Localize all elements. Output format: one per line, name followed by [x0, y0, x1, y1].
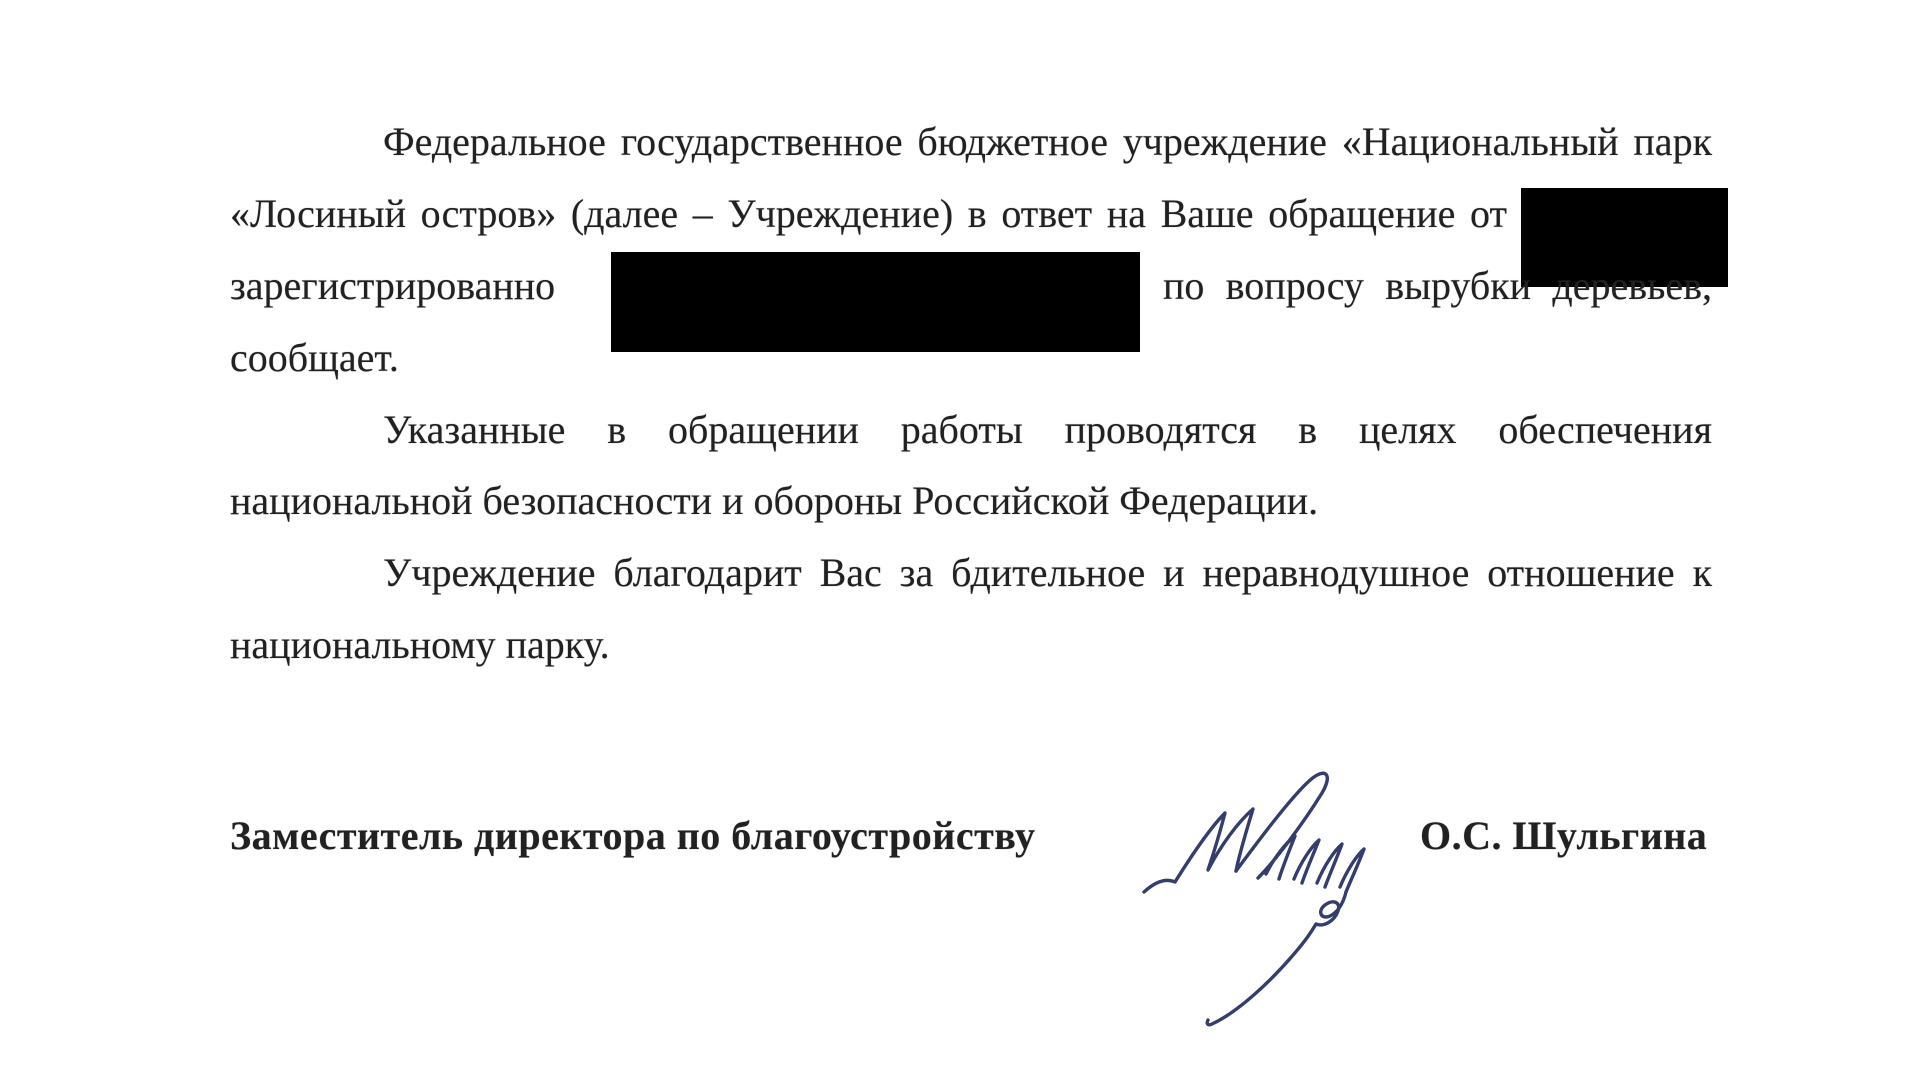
signer-name: О.С. Шульгина — [1420, 812, 1707, 860]
body-line-6: национальной безопасности и обороны Росс… — [230, 477, 1318, 525]
body-line-4: сообщает. — [230, 334, 399, 382]
redaction-box-registration — [611, 252, 1140, 352]
body-line-3-before-redaction: зарегистрированно — [230, 262, 555, 310]
body-line-5: Указанные в обращении работы проводятся … — [383, 406, 1712, 454]
signer-position-title: Заместитель директора по благоустройству — [230, 812, 1035, 860]
body-line-3-after-redaction: по вопросу вырубки деревьев, — [1163, 262, 1712, 310]
body-line-1: Федеральное государственное бюджетное уч… — [383, 118, 1712, 166]
scanned-letter-page: Федеральное государственное бюджетное уч… — [0, 0, 1920, 1080]
body-line-8: национальному парку. — [230, 621, 610, 669]
handwritten-signature-icon — [1128, 752, 1428, 1052]
body-line-2: «Лосиный остров» (далее – Учреждение) в … — [230, 190, 1507, 238]
body-line-7: Учреждение благодарит Вас за бдительное … — [383, 549, 1712, 597]
